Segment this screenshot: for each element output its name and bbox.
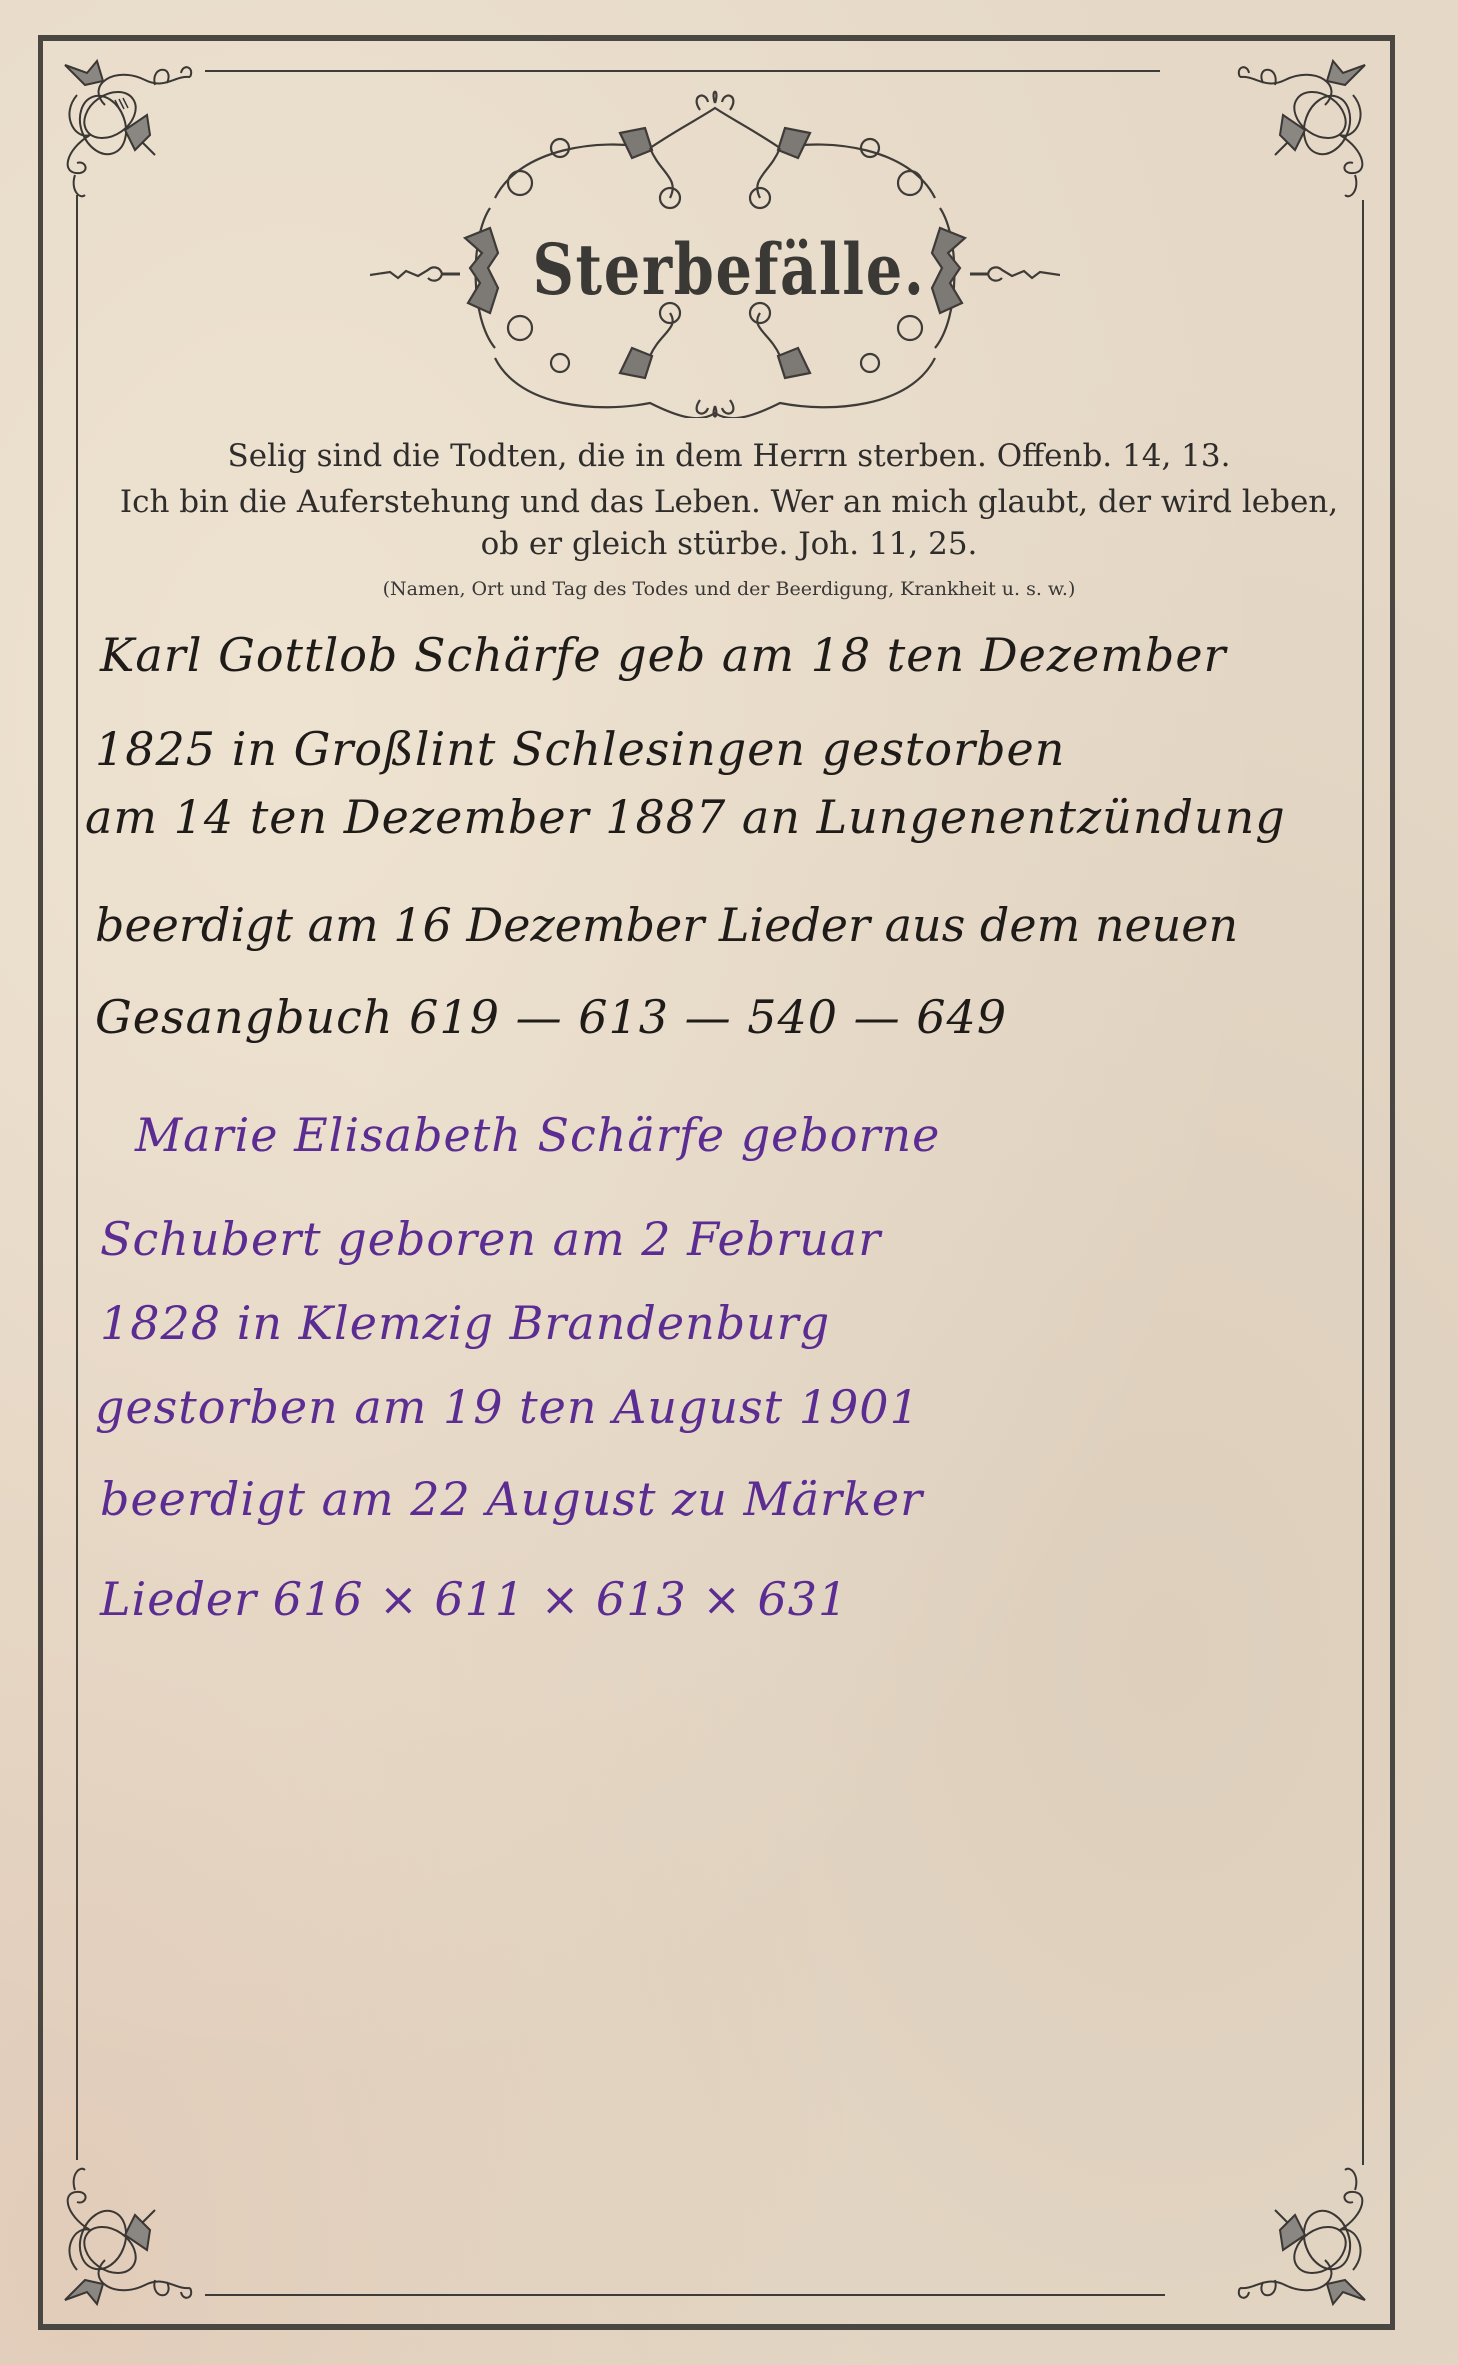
corner-ornament-icon bbox=[55, 2160, 205, 2310]
handwritten-entry-line: 1825 in Großlint Schlesingen gestorben bbox=[95, 722, 1065, 776]
scripture-verse-revelation: Selig sind die Todten, die in dem Herrn … bbox=[0, 438, 1458, 474]
handwritten-entry-line: beerdigt am 16 Dezember Lieder aus dem n… bbox=[95, 898, 1238, 952]
inner-border-bottom bbox=[205, 2294, 1165, 2296]
corner-ornament-icon bbox=[1225, 2160, 1375, 2310]
form-instruction-note: (Namen, Ort und Tag des Todes und der Be… bbox=[0, 578, 1458, 600]
register-page: Sterbefälle. Selig sind die Todten, die … bbox=[0, 0, 1458, 2365]
handwritten-entry-line: Karl Gottlob Schärfe geb am 18 ten Dezem… bbox=[100, 628, 1227, 682]
handwritten-entry-line: Marie Elisabeth Schärfe geborne bbox=[135, 1108, 940, 1162]
handwritten-entry-line: Schubert geboren am 2 Februar bbox=[100, 1212, 881, 1266]
scripture-verse-john-line2: ob er gleich stürbe. Joh. 11, 25. bbox=[0, 526, 1458, 562]
handwritten-entry-line: gestorben am 19 ten August 1901 bbox=[95, 1380, 920, 1434]
handwritten-entry-line: Gesangbuch 619 — 613 — 540 — 649 bbox=[95, 990, 1007, 1044]
handwritten-entry-line: beerdigt am 22 August zu Märker bbox=[100, 1472, 923, 1526]
corner-ornament-icon bbox=[55, 55, 205, 205]
scripture-verse-john-line1: Ich bin die Auferstehung und das Leben. … bbox=[0, 484, 1458, 520]
handwritten-entry-line: 1828 in Klemzig Brandenburg bbox=[100, 1296, 830, 1350]
corner-ornament-icon bbox=[1225, 55, 1375, 205]
inner-border-top bbox=[205, 70, 1160, 72]
handwritten-entry-line: Lieder 616 × 611 × 613 × 631 bbox=[100, 1572, 848, 1626]
handwritten-entry-line: am 14 ten Dezember 1887 an Lungenentzünd… bbox=[85, 790, 1286, 844]
page-title: Sterbefälle. bbox=[131, 228, 1327, 311]
